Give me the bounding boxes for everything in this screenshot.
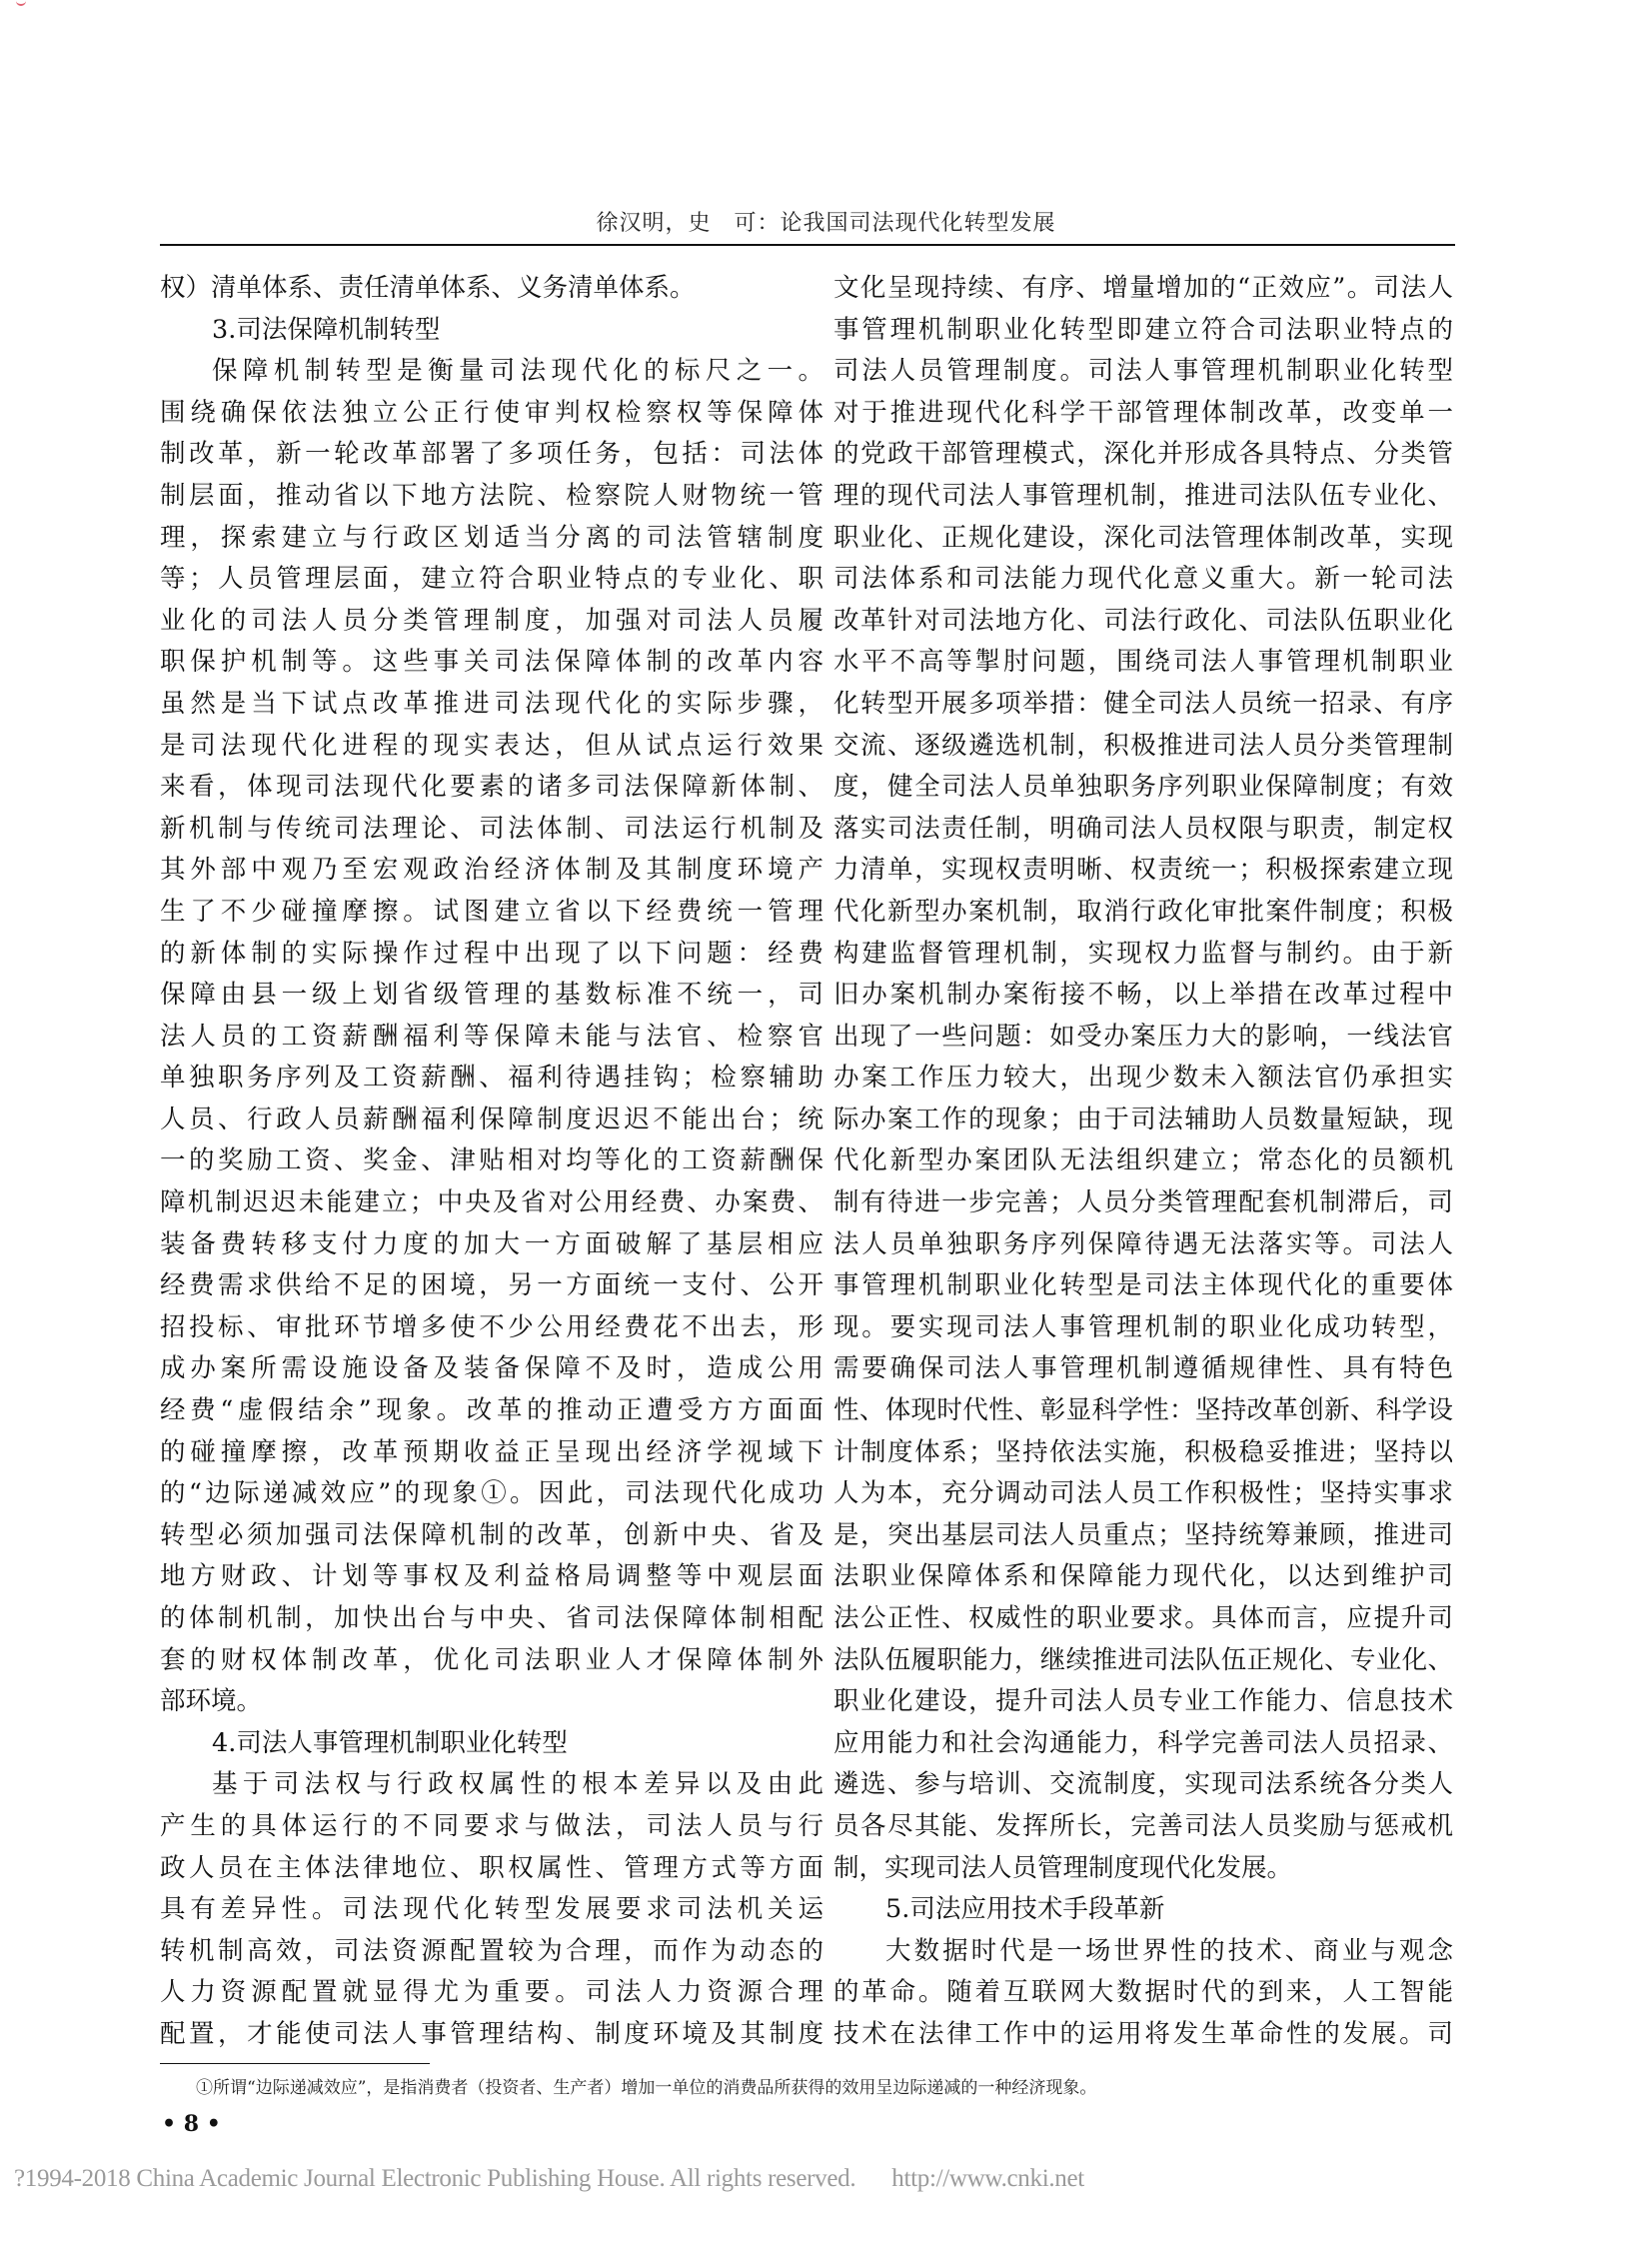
text-line: 代化新型办案团队无法组织建立；常态化的员额机 xyxy=(833,1140,1453,1182)
running-head: 徐汉明，史 可：论我国司法现代化转型发展 xyxy=(0,206,1652,237)
text-line: 经费“虚假结余”现象。改革的推动正遭受方方面面 xyxy=(160,1390,824,1432)
text-line: 的“边际递减效应”的现象①。因此，司法现代化成功 xyxy=(160,1473,824,1515)
text-line: 旧办案机制办案衔接不畅，以上举措在改革过程中 xyxy=(833,975,1453,1017)
text-line: 理，探索建立与行政区划适当分离的司法管辖制度 xyxy=(160,518,824,560)
text-line: 对于推进现代化科学干部管理体制改革，改变单一 xyxy=(833,393,1453,435)
text-line: 法队伍履职能力，继续推进司法队伍正规化、专业化、 xyxy=(833,1640,1453,1682)
text-line: 力清单，实现权责明晰、权责统一；积极探索建立现 xyxy=(833,850,1453,892)
text-line: 性、体现时代性、彰显科学性：坚持改革创新、科学设 xyxy=(833,1390,1453,1432)
text-line: 职保护机制等。这些事关司法保障体制的改革内容 xyxy=(160,642,824,684)
text-line: 其外部中观乃至宏观政治经济体制及其制度环境产 xyxy=(160,850,824,892)
text-line: 装备费转移支付力度的加大一方面破解了基层相应 xyxy=(160,1224,824,1266)
text-line: 是，突出基层司法人员重点；坚持统筹兼顾，推进司 xyxy=(833,1515,1453,1557)
text-line: 改革针对司法地方化、司法行政化、司法队伍职业化 xyxy=(833,601,1453,643)
text-line: 权）清单体系、责任清单体系、义务清单体系。 xyxy=(160,268,824,310)
text-line: 人力资源配置就显得尤为重要。司法人力资源合理 xyxy=(160,1972,824,2014)
text-line: 障机制迟迟未能建立；中央及省对公用经费、办案费、 xyxy=(160,1182,824,1224)
text-line: 政人员在主体法律地位、职权属性、管理方式等方面 xyxy=(160,1848,824,1890)
text-line: 技术在法律工作中的运用将发生革命性的发展。司 xyxy=(833,2014,1453,2056)
section-heading: 5.司法应用技术手段革新 xyxy=(833,1889,1453,1931)
text-line: 需要确保司法人事管理机制遵循规律性、具有特色 xyxy=(833,1348,1453,1390)
text-line: 制有待进一步完善；人员分类管理配套机制滞后，司 xyxy=(833,1182,1453,1224)
text-line: 构建监督管理机制，实现权力监督与制约。由于新 xyxy=(833,934,1453,976)
text-line: 职业化建设，提升司法人员专业工作能力、信息技术 xyxy=(833,1681,1453,1723)
text-line: 应用能力和社会沟通能力，科学完善司法人员招录、 xyxy=(833,1723,1453,1765)
text-line: 等；人员管理层面，建立符合职业特点的专业化、职 xyxy=(160,559,824,601)
text-line: 经费需求供给不足的困境，另一方面统一支付、公开 xyxy=(160,1265,824,1307)
text-line: 遴选、参与培训、交流制度，实现司法系统各分类人 xyxy=(833,1764,1453,1806)
text-line: 水平不高等掣肘问题，围绕司法人事管理机制职业 xyxy=(833,642,1453,684)
text-line: 是司法现代化进程的现实表达，但从试点运行效果 xyxy=(160,726,824,768)
text-line: 围绕确保依法独立公正行使审判权检察权等保障体 xyxy=(160,393,824,435)
copyright-notice: ?1994-2018 China Academic Journal Electr… xyxy=(14,2165,1084,2193)
text-line: 现。要实现司法人事管理机制的职业化成功转型， xyxy=(833,1307,1453,1349)
left-column: 权）清单体系、责任清单体系、义务清单体系。3.司法保障机制转型保障机制转型是衡量… xyxy=(160,268,824,2056)
text-line: 一的奖励工资、奖金、津贴相对均等化的工资薪酬保 xyxy=(160,1140,824,1182)
text-line: 单独职务序列及工资薪酬、福利待遇挂钩；检察辅助 xyxy=(160,1058,824,1100)
text-line: 出现了一些问题：如受办案压力大的影响，一线法官 xyxy=(833,1017,1453,1059)
text-line: 的革命。随着互联网大数据时代的到来，人工智能 xyxy=(833,1972,1453,2014)
text-line: 职业化、正规化建设，深化司法管理体制改革，实现 xyxy=(833,518,1453,560)
scan-corner-mark xyxy=(16,0,26,6)
text-line: 成办案所需设施设备及装备保障不及时，造成公用 xyxy=(160,1348,824,1390)
text-line: 的体制机制，加快出台与中央、省司法保障体制相配 xyxy=(160,1598,824,1640)
section-heading: 3.司法保障机制转型 xyxy=(160,310,824,352)
text-line: 事管理机制职业化转型是司法主体现代化的重要体 xyxy=(833,1265,1453,1307)
text-line: 文化呈现持续、有序、增量增加的“正效应”。司法人 xyxy=(833,268,1453,310)
text-line: 地方财政、计划等事权及利益格局调整等中观层面 xyxy=(160,1556,824,1598)
text-line: 来看，体现司法现代化要素的诸多司法保障新体制、 xyxy=(160,767,824,809)
text-line: 业化的司法人员分类管理制度，加强对司法人员履 xyxy=(160,601,824,643)
header-rule xyxy=(160,244,1455,246)
text-line: 招投标、审批环节增多使不少公用经费花不出去，形 xyxy=(160,1307,824,1349)
text-line: 际办案工作的现象；由于司法辅助人员数量短缺，现 xyxy=(833,1100,1453,1141)
text-line: 转机制高效，司法资源配置较为合理，而作为动态的 xyxy=(160,1931,824,1973)
text-line: 司法人员管理制度。司法人事管理机制职业化转型 xyxy=(833,351,1453,393)
text-line: 法职业保障体系和保障能力现代化，以达到维护司 xyxy=(833,1556,1453,1598)
text-line: 新机制与传统司法理论、司法体制、司法运行机制及 xyxy=(160,809,824,851)
text-line: 法人员单独职务序列保障待遇无法落实等。司法人 xyxy=(833,1224,1453,1266)
text-line: 配置，才能使司法人事管理结构、制度环境及其制度 xyxy=(160,2014,824,2056)
text-line: 司法体系和司法能力现代化意义重大。新一轮司法 xyxy=(833,559,1453,601)
text-line: 的碰撞摩擦，改革预期收益正呈现出经济学视域下 xyxy=(160,1432,824,1474)
text-line: 生了不少碰撞摩擦。试图建立省以下经费统一管理 xyxy=(160,892,824,934)
text-line: 计制度体系；坚持依法实施，积极稳妥推进；坚持以 xyxy=(833,1432,1453,1474)
footnote-rule xyxy=(160,2063,430,2064)
text-line: 产生的具体运行的不同要求与做法，司法人员与行 xyxy=(160,1806,824,1848)
text-line: 化转型开展多项举措：健全司法人员统一招录、有序 xyxy=(833,684,1453,726)
text-line: 制，实现司法人员管理制度现代化发展。 xyxy=(833,1848,1453,1890)
cnki-link[interactable]: http://www.cnki.net xyxy=(891,2165,1084,2192)
text-line: 具有差异性。司法现代化转型发展要求司法机关运 xyxy=(160,1889,824,1931)
text-line: 保障机制转型是衡量司法现代化的标尺之一。 xyxy=(160,351,824,393)
text-line: 虽然是当下试点改革推进司法现代化的实际步骤， xyxy=(160,684,824,726)
text-line: 度，健全司法人员单独职务序列职业保障制度；有效 xyxy=(833,767,1453,809)
page-number: • 8 • xyxy=(162,2111,221,2137)
text-line: 人为本，充分调动司法人员工作积极性；坚持实事求 xyxy=(833,1473,1453,1515)
copyright-text: ?1994-2018 China Academic Journal Electr… xyxy=(14,2165,855,2192)
text-line: 法人员的工资薪酬福利等保障未能与法官、检察官 xyxy=(160,1017,824,1059)
text-line: 员各尽其能、发挥所长，完善司法人员奖励与惩戒机 xyxy=(833,1806,1453,1848)
text-line: 基于司法权与行政权属性的根本差异以及由此 xyxy=(160,1764,824,1806)
text-line: 制改革，新一轮改革部署了多项任务，包括：司法体 xyxy=(160,434,824,476)
text-line: 落实司法责任制，明确司法人员权限与职责，制定权 xyxy=(833,809,1453,851)
text-line: 办案工作压力较大，出现少数未入额法官仍承担实 xyxy=(833,1058,1453,1100)
text-line: 法公正性、权威性的职业要求。具体而言，应提升司 xyxy=(833,1598,1453,1640)
text-line: 套的财权体制改革，优化司法职业人才保障体制外 xyxy=(160,1640,824,1682)
section-heading: 4.司法人事管理机制职业化转型 xyxy=(160,1723,824,1765)
text-line: 制层面，推动省以下地方法院、检察院人财物统一管 xyxy=(160,476,824,518)
text-line: 的新体制的实际操作过程中出现了以下问题：经费 xyxy=(160,934,824,976)
footnote: ①所谓“边际递减效应”，是指消费者（投资者、生产者）增加一单位的消费品所获得的效… xyxy=(196,2073,1096,2098)
text-line: 部环境。 xyxy=(160,1681,824,1723)
text-line: 的党政干部管理模式，深化并形成各具特点、分类管 xyxy=(833,434,1453,476)
text-line: 大数据时代是一场世界性的技术、商业与观念 xyxy=(833,1931,1453,1973)
right-column: 文化呈现持续、有序、增量增加的“正效应”。司法人事管理机制职业化转型即建立符合司… xyxy=(833,268,1453,2056)
text-line: 人员、行政人员薪酬福利保障制度迟迟不能出台；统 xyxy=(160,1100,824,1141)
text-line: 转型必须加强司法保障机制的改革，创新中央、省及 xyxy=(160,1515,824,1557)
text-line: 代化新型办案机制，取消行政化审批案件制度；积极 xyxy=(833,892,1453,934)
text-line: 保障由县一级上划省级管理的基数标准不统一，司 xyxy=(160,975,824,1017)
text-line: 理的现代司法人事管理机制，推进司法队伍专业化、 xyxy=(833,476,1453,518)
text-line: 交流、逐级遴选机制，积极推进司法人员分类管理制 xyxy=(833,726,1453,768)
text-line: 事管理机制职业化转型即建立符合司法职业特点的 xyxy=(833,310,1453,352)
